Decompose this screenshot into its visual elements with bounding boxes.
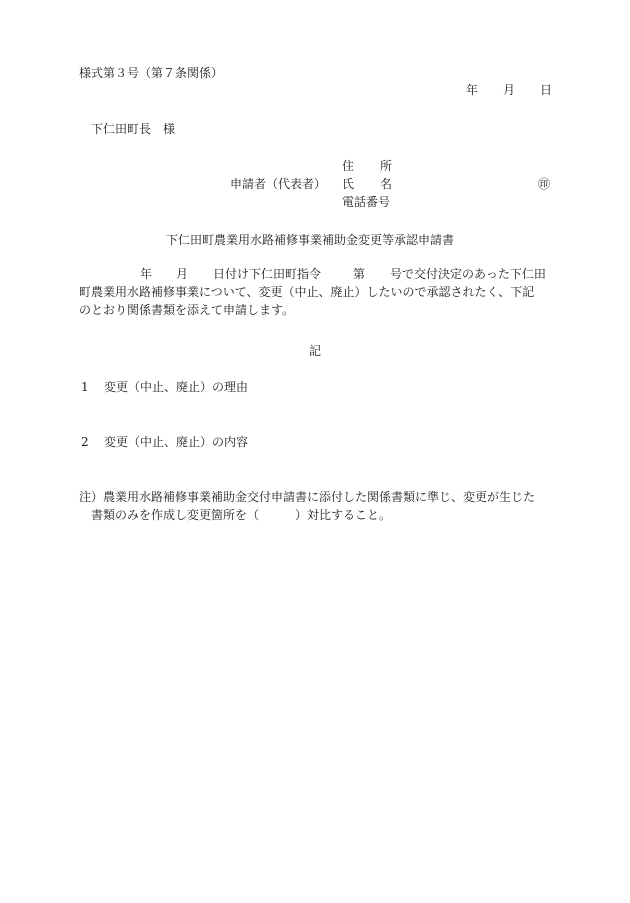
list-item: 2変更（中止、廃止）の内容 [81, 436, 248, 448]
body-year-label: 年 [140, 268, 152, 280]
address-label-char2: 所 [380, 160, 392, 172]
item-text: 変更（中止、廃止）の内容 [104, 435, 248, 449]
body-line1-end: 号で交付決定のあった下仁田 [390, 268, 546, 280]
note-line2-pre: 書類のみを作成し変更箇所を（ [91, 508, 259, 522]
form-number: 様式第３号（第７条関係） [79, 67, 223, 79]
note-line2-post: ）対比すること。 [295, 508, 391, 522]
phone-field-label: 電話番号 [342, 196, 392, 208]
month-label: 月 [503, 84, 515, 96]
day-label: 日 [540, 84, 552, 96]
address-field-label: 住 所 [342, 160, 392, 172]
body-dai-label: 第 [353, 268, 365, 280]
note-line-1: 注）農業用水路補修事業補助金交付申請書に添付した関係書類に準じ、変更が生じた [79, 491, 535, 503]
item-number: 2 [81, 436, 104, 448]
list-item: 1変更（中止、廃止）の理由 [81, 381, 248, 393]
body-month-label: 月 [176, 268, 188, 280]
seal-icon: ㊞ [538, 178, 550, 190]
document-title: 下仁田町農業用水路補修事業補助金変更等承認申請書 [166, 234, 454, 246]
address-label-char1: 住 [342, 160, 354, 172]
addressee-honorific: 様 [163, 122, 175, 136]
ki-heading: 記 [309, 345, 321, 357]
applicant-label: 申請者（代表者） [230, 178, 326, 190]
note-line-2: 書類のみを作成し変更箇所を（）対比すること。 [91, 509, 391, 521]
year-label: 年 [466, 84, 478, 96]
body-date-suffix: 日付け下仁田町指令 [213, 268, 321, 280]
date-line: 年 月 日 [466, 84, 552, 96]
addressee-name: 下仁田町長 [91, 122, 151, 136]
name-field-label: 氏 名 [342, 178, 392, 190]
item-number: 1 [81, 381, 104, 393]
body-line-3: のとおり関係書類を添えて申請します。 [79, 304, 294, 316]
name-label-char1: 氏 [342, 178, 354, 190]
item-text: 変更（中止、廃止）の理由 [104, 380, 248, 394]
document-page: 様式第３号（第７条関係） 年 月 日 下仁田町長様 申請者（代表者） 住 所 氏… [0, 0, 630, 903]
addressee: 下仁田町長様 [91, 123, 175, 135]
body-line-2: 町農業用水路補修事業について、変更（中止、廃止）したいので承認されたく、下記 [79, 286, 534, 298]
name-label-char2: 名 [380, 178, 392, 190]
